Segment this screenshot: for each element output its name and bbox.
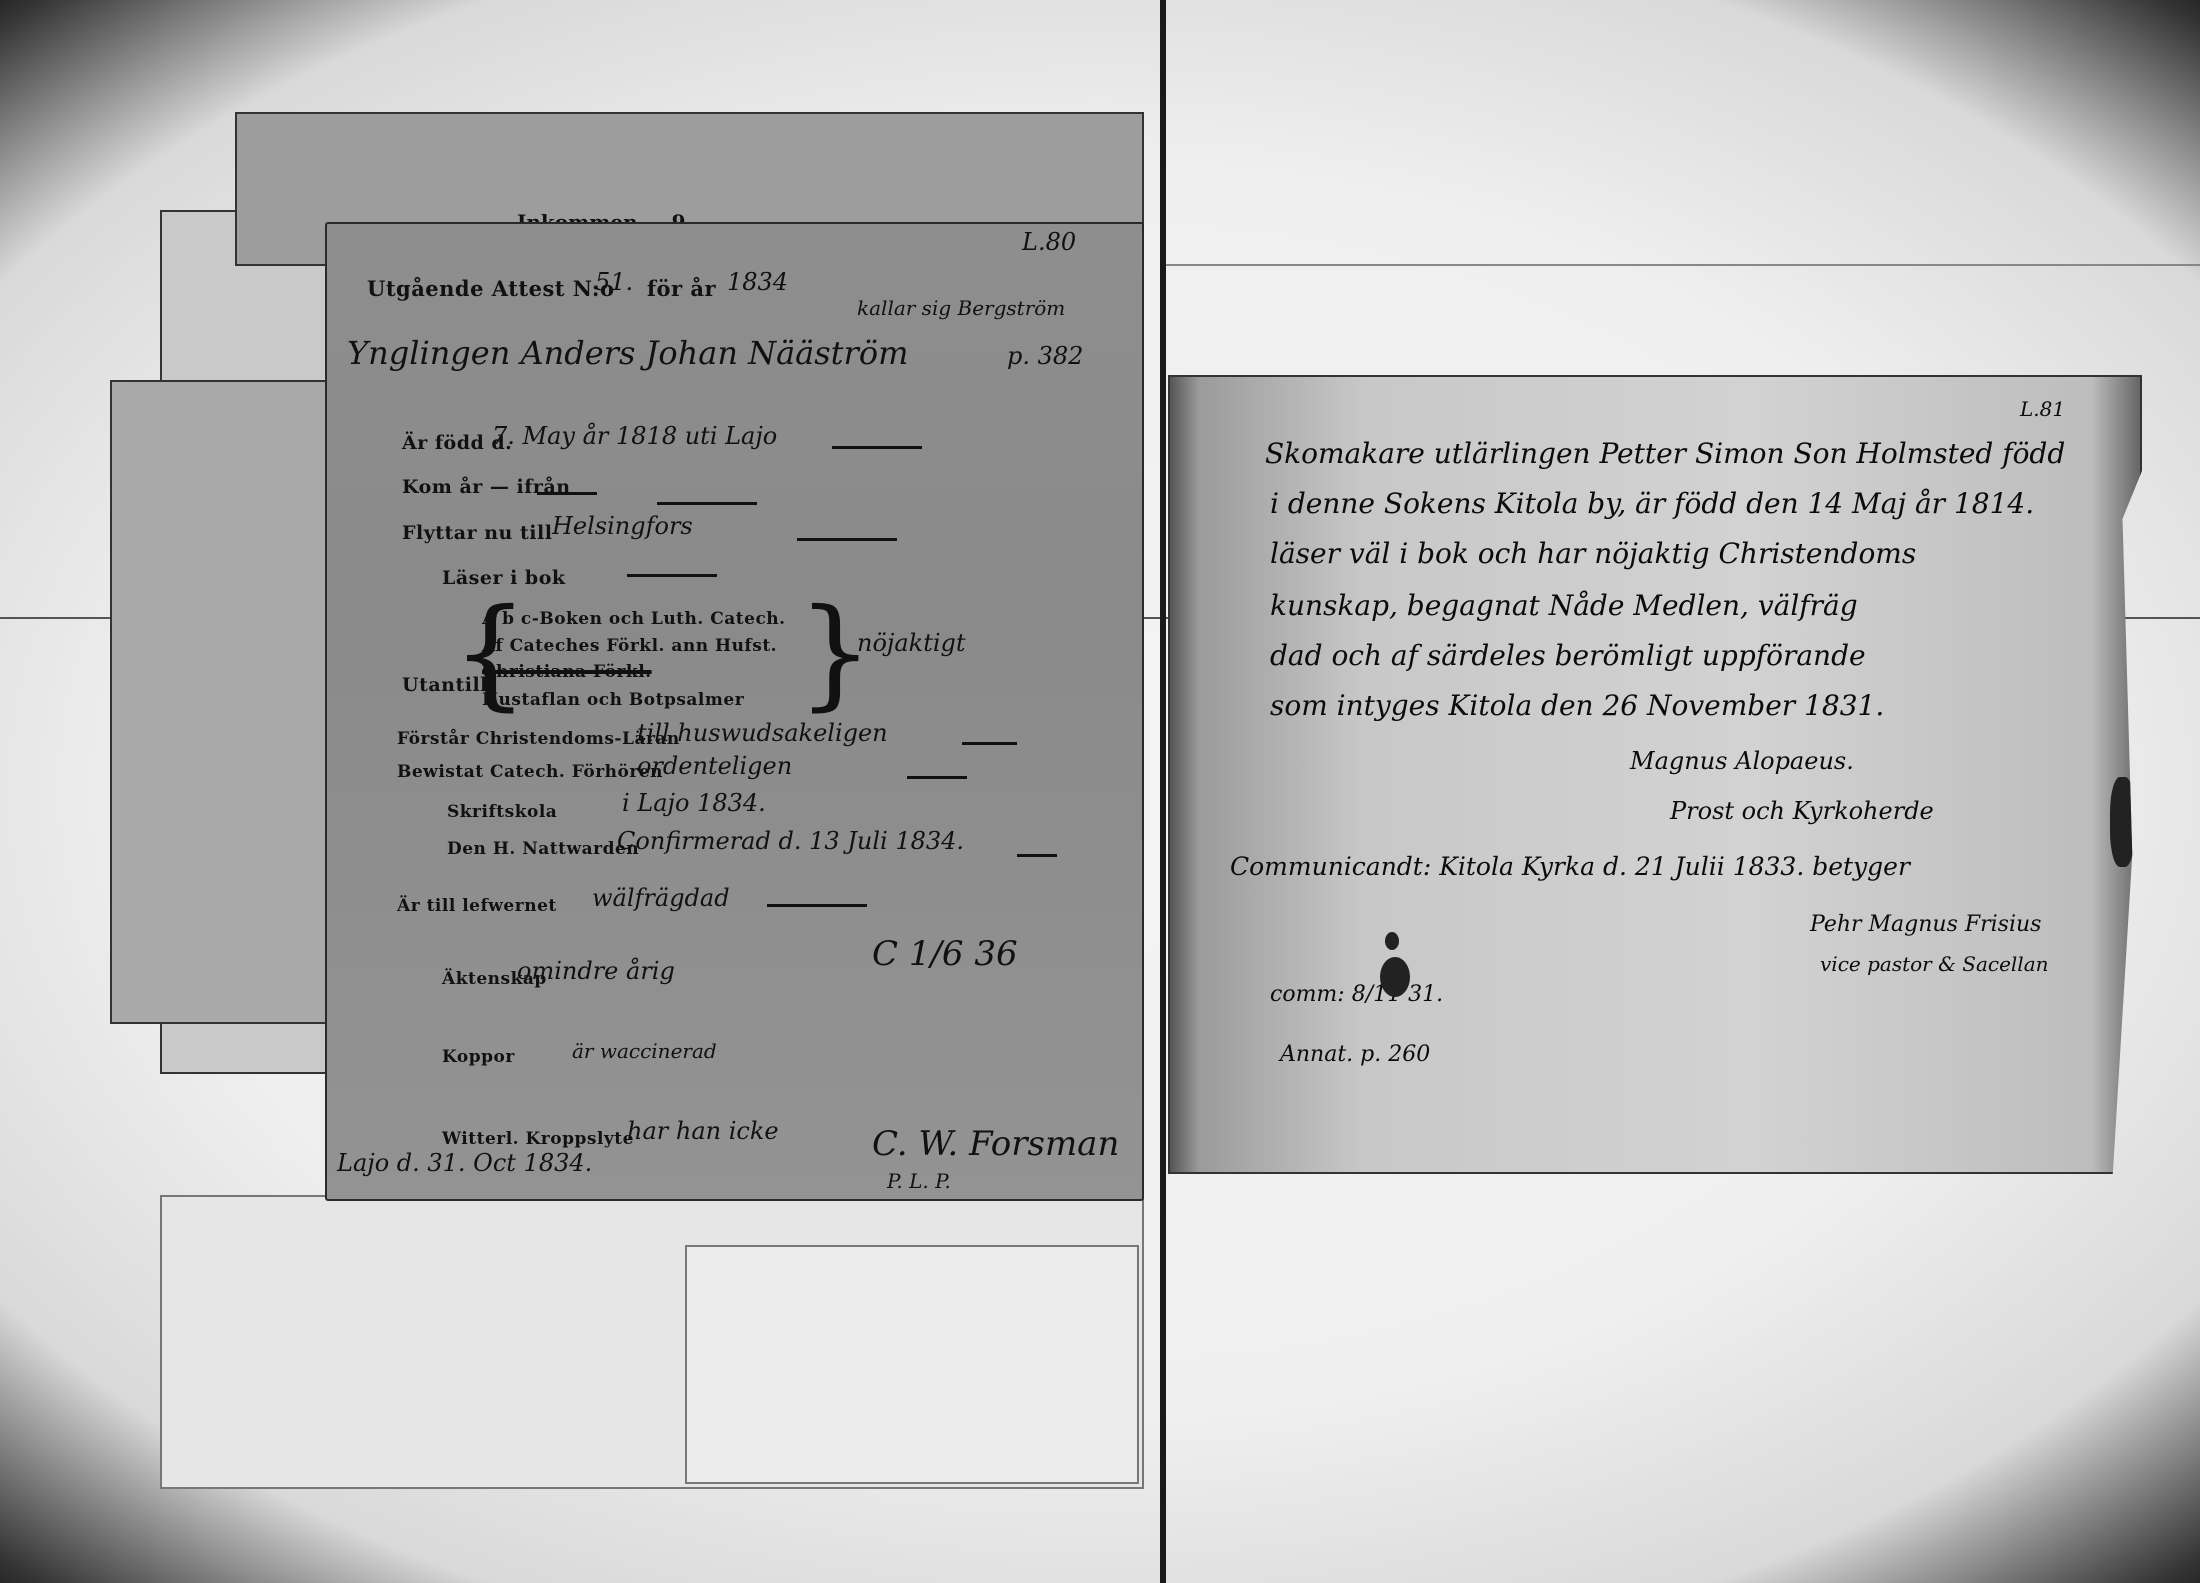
communicant-line: Communicandt: Kitola Kyrka d. 21 Julii 1… xyxy=(1230,852,1910,881)
underlying-sheet xyxy=(110,380,344,1024)
ink-stain xyxy=(1380,957,1410,997)
field-value-born: 7. May år 1818 uti Lajo xyxy=(492,422,777,450)
field-value: i Lajo 1834. xyxy=(622,789,766,817)
field-rule xyxy=(537,492,597,495)
field-rule xyxy=(832,446,922,449)
certificate-line: Skomakare utlärlingen Petter Simon Son H… xyxy=(1265,437,2065,470)
field-label: Koppor xyxy=(442,1047,515,1067)
signature-title: P. L. P. xyxy=(887,1169,951,1193)
signature-2-title: vice pastor & Sacellan xyxy=(1820,952,2049,976)
certificate-number: 51. xyxy=(595,268,633,296)
form-title: Utgående Attest N:o xyxy=(367,276,615,301)
place-date: Lajo d. 31. Oct 1834. xyxy=(337,1149,592,1177)
field-value: ordenteligen xyxy=(637,752,792,780)
field-rule xyxy=(907,776,967,779)
marginal-numbers: C 1/6 36 xyxy=(872,934,1018,974)
folio-number: L.81 xyxy=(2020,397,2065,421)
certificate-line: i denne Sokens Kitola by, är född den 14… xyxy=(1270,487,2034,520)
field-label: Bewistat Catech. Förhören xyxy=(397,762,663,782)
signature: Magnus Alopaeus. xyxy=(1630,747,1854,775)
field-rule xyxy=(962,742,1017,745)
name-annotation: kallar sig Bergström xyxy=(857,296,1065,320)
utantill-item: Hustaflan och Botpsalmer xyxy=(482,690,744,710)
field-value: Confirmerad d. 13 Juli 1834. xyxy=(617,827,964,855)
field-value: har han icke xyxy=(627,1117,779,1145)
field-value: till huswudsakeligen xyxy=(637,719,888,747)
year-label: för år xyxy=(647,276,716,301)
field-label: Skriftskola xyxy=(447,802,557,822)
signature-2: Pehr Magnus Frisius xyxy=(1810,912,2041,937)
annat-note: Annat. p. 260 xyxy=(1280,1042,1430,1067)
signature: C. W. Forsman xyxy=(872,1124,1119,1164)
field-value: wälfrägdad xyxy=(592,884,730,912)
field-value: omindre årig xyxy=(517,957,675,985)
ink-stain xyxy=(1385,932,1399,950)
utantill-item: Af Cateches Förkl. ann Hufst. xyxy=(482,636,777,656)
field-label: Den H. Nattwarden xyxy=(447,839,639,859)
communicant-certificate: L.81 Skomakare utlärlingen Petter Simon … xyxy=(1168,375,2142,1174)
certificate-year: 1834 xyxy=(727,268,788,296)
field-rule xyxy=(767,904,867,907)
folio-number: L.80 xyxy=(1022,228,1076,256)
field-label-moves-to: Flyttar nu till xyxy=(402,522,552,544)
field-rule xyxy=(657,502,757,505)
field-value-moves-to: Helsingfors xyxy=(552,512,693,540)
certificate-line: dad och af särdeles berömligt uppförande xyxy=(1270,639,1866,672)
outgoing-certificate-form: L.80 Utgående Attest N:o 51. för år 1834… xyxy=(325,222,1144,1201)
subject-name: Ynglingen Anders Johan Nääström xyxy=(347,334,908,372)
field-label: Är till lefwernet xyxy=(397,896,557,916)
utantill-item: A b c-Boken och Luth. Catech. xyxy=(482,609,786,629)
frame-divider xyxy=(1160,0,1166,1583)
utantill-item-struck: Christiana Förkl. xyxy=(482,662,652,682)
comm-note: comm: 8/11 31. xyxy=(1270,982,1443,1007)
signature-title: Prost och Kyrkoherde xyxy=(1670,797,1934,825)
utantill-value: nöjaktigt xyxy=(857,629,966,657)
field-rule xyxy=(797,538,897,541)
film-line xyxy=(1166,264,2200,266)
certificate-line: läser väl i bok och har nöjaktig Christe… xyxy=(1270,537,1916,570)
page-reference: p. 382 xyxy=(1007,342,1083,370)
certificate-line: kunskap, begagnat Nåde Medlen, välfräg xyxy=(1270,589,1858,622)
certificate-line: som intyges Kitola den 26 November 1831. xyxy=(1270,689,1884,722)
field-label: Witterl. Kroppslyte xyxy=(442,1129,634,1149)
field-rule xyxy=(1017,854,1057,857)
underlying-sheet-bottom xyxy=(685,1245,1139,1484)
field-value: är waccinerad xyxy=(572,1039,717,1063)
field-rule xyxy=(627,574,717,577)
